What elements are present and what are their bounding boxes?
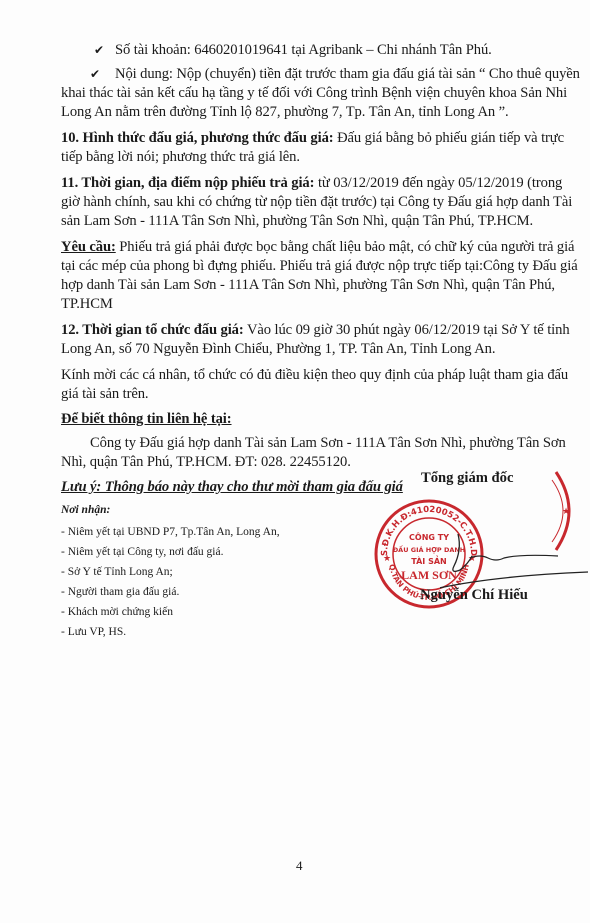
recipient-item: - Niêm yết tại UBND P7, Tp.Tân An, Long …	[61, 522, 280, 542]
checkmark-icon: ✔	[90, 65, 108, 83]
content-line: Long An nằm trên đường Tỉnh lộ 827, phườ…	[61, 103, 555, 121]
svg-text:★: ★	[383, 554, 391, 564]
section-heading: 12. Thời gian tổ chức đấu giá:	[61, 322, 244, 338]
content-bullet: ✔Nội dung: Nộp (chuyển) tiền đặt trước t…	[90, 65, 555, 83]
recipient-item: - Khách mời chứng kiến	[61, 602, 173, 622]
section-heading: 11. Thời gian, địa điểm nộp phiếu trả gi…	[61, 175, 314, 191]
page-number: 4	[296, 858, 303, 874]
contact-line: Công ty Đấu giá hợp danh Tài sản Lam Sơn…	[90, 434, 555, 452]
section-12: 12. Thời gian tổ chức đấu giá: Vào lúc 0…	[61, 321, 555, 339]
recipient-item: - Người tham gia đấu giá.	[61, 582, 179, 602]
checkmark-icon: ✔	[90, 41, 108, 59]
recipients-heading: Nơi nhận:	[61, 500, 110, 520]
signer-name: Nguyễn Chí Hiếu	[420, 587, 528, 604]
requirement-line: tại các mép của phong bì đựng phiếu. Phi…	[61, 257, 555, 275]
recipient-item: - Lưu VP, HS.	[61, 622, 126, 642]
contact-line: Nhì, quận Tân Phú, TP.HCM. ĐT: 028. 2245…	[61, 453, 555, 471]
document-page: ✔Số tài khoản: 6460201019641 tại Agriban…	[0, 0, 590, 923]
signer-title: Tổng giám đốc	[421, 470, 513, 487]
requirement-line: TP.HCM	[61, 295, 555, 313]
recipient-item: - Niêm yết tại Công ty, nơi đấu giá.	[61, 542, 223, 562]
content-line: khai thác tài sản kết cấu hạ tầng y tế đ…	[61, 84, 555, 102]
section-11-line: giờ hành chính, sau khi có chứng từ nộp …	[61, 193, 555, 211]
section-10: 10. Hình thức đấu giá, phương thức đấu g…	[61, 129, 555, 147]
invitation-line: giá tài sản trên.	[61, 385, 555, 403]
account-bullet: ✔Số tài khoản: 6460201019641 tại Agriban…	[90, 41, 555, 59]
svg-text:★: ★	[562, 507, 570, 517]
invitation: Kính mời các cá nhân, tổ chức có đủ điều…	[61, 366, 555, 384]
contact-heading: Để biết thông tin liên hệ tại:	[61, 410, 555, 428]
requirement: Yêu cầu: Phiếu trả giá phải được bọc bằn…	[61, 238, 555, 256]
section-11-line: sản Lam Sơn - 111A Tân Sơn Nhì, phường T…	[61, 212, 555, 230]
section-heading: 10. Hình thức đấu giá, phương thức đấu g…	[61, 130, 334, 146]
section-10-line: tiếp bằng lời nói; phương thức trả giá l…	[61, 148, 555, 166]
requirement-label: Yêu cầu:	[61, 239, 116, 255]
section-11: 11. Thời gian, địa điểm nộp phiếu trả gi…	[61, 174, 555, 192]
section-12-line: Long An, số 70 Nguyễn Đình Chiểu, Phường…	[61, 340, 555, 358]
requirement-line: hợp danh Tài sản Lam Sơn - 111A Tân Sơn …	[61, 276, 555, 294]
recipient-item: - Sở Y tế Tỉnh Long An;	[61, 562, 173, 582]
